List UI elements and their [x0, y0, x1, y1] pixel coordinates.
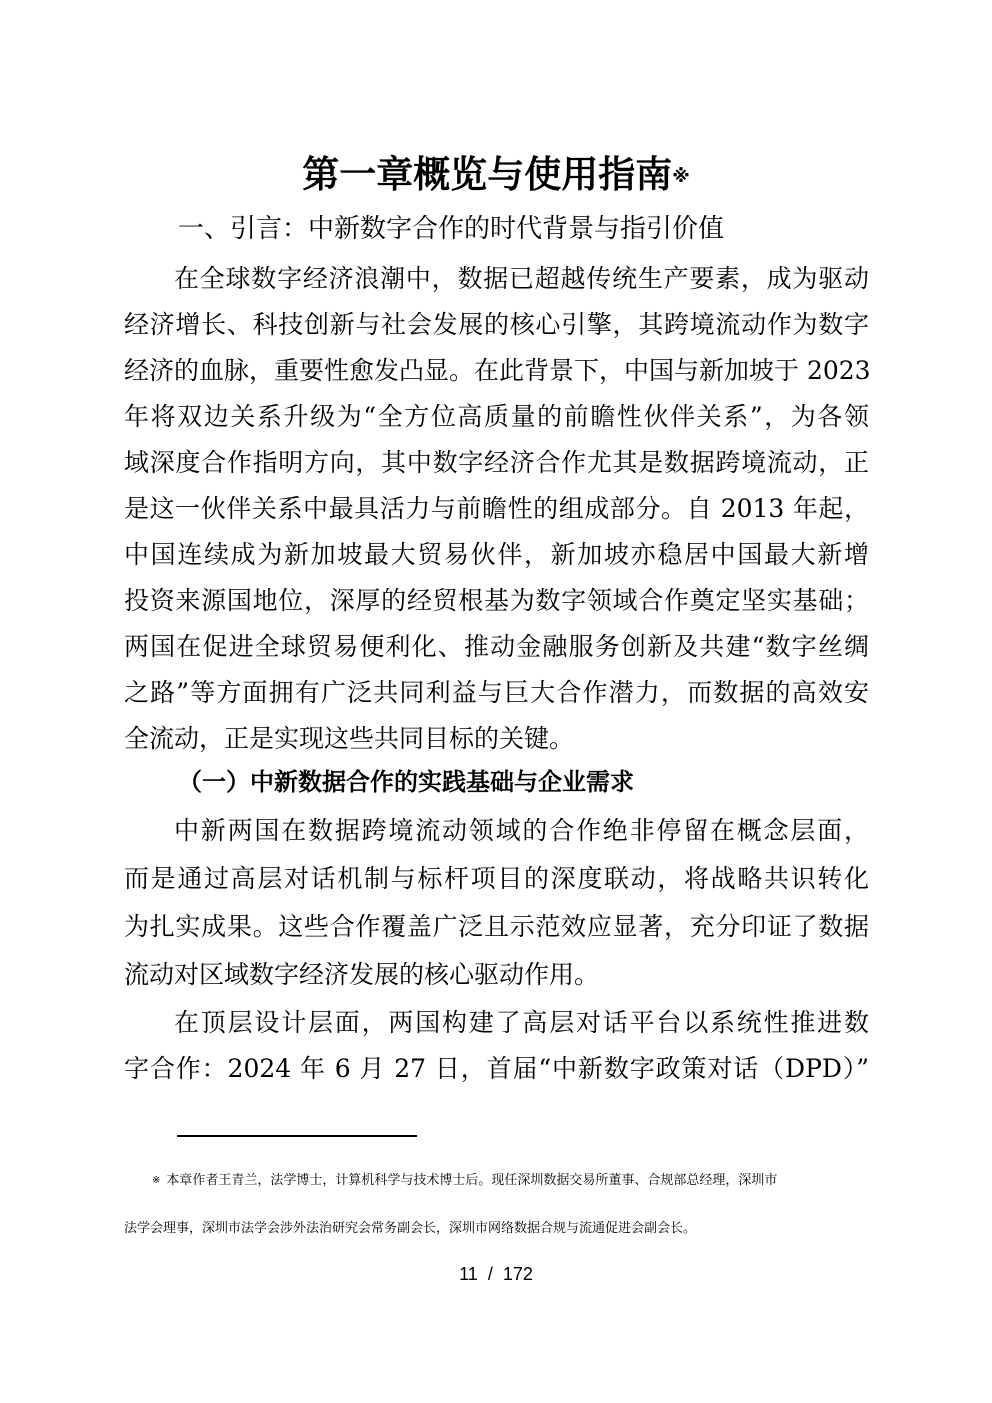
- subsection-heading: （一）中新数据合作的实践基础与企业需求: [178, 762, 878, 802]
- paragraph-line: 是这一伙伴关系中最具活力与前瞻性的组成部分。自 2013 年起，: [124, 486, 869, 532]
- paragraph-line: 中国连续成为新加坡最大贸易伙伴，新加坡亦稳居中国最大新增: [124, 532, 869, 578]
- paragraph-line: 投资来源国地位，深厚的经贸根基为数字领域合作奠定坚实基础；: [124, 578, 869, 624]
- footnote-text: 本章作者王青兰，法学博士，计算机科学与技术博士后。现任深圳数据交易所董事、合规部…: [166, 1173, 777, 1188]
- paragraph-line: 为扎实成果。这些合作覆盖广泛且示范效应显著，充分印证了数据: [124, 904, 869, 950]
- paragraph-line: 经济的血脉，重要性愈发凸显。在此背景下，中国与新加坡于 2023: [124, 348, 869, 394]
- footnote-reference-mark[interactable]: ※: [672, 166, 690, 187]
- paragraph-line: 域深度合作指明方向，其中数字经济合作尤其是数据跨境流动，正: [124, 440, 869, 486]
- footnote-separator: [177, 1135, 417, 1137]
- paragraph-line: 经济增长、科技创新与社会发展的核心引擎，其跨境流动作为数字: [124, 302, 869, 348]
- paragraph-line: 而是通过高层对话机制与标杆项目的深度联动，将战略共识转化: [124, 856, 869, 902]
- paragraph-line: 在全球数字经济浪潮中，数据已超越传统生产要素，成为驱动: [174, 256, 869, 302]
- page-number: 11 / 172: [0, 1262, 992, 1286]
- paragraph-line: 流动对区域数字经济发展的核心驱动作用。: [124, 952, 869, 998]
- section-heading: 一、引言：中新数字合作的时代背景与指引价值: [178, 209, 878, 249]
- chapter-title: 第一章概览与使用指南※: [0, 150, 992, 200]
- paragraph-line: 年将双边关系升级为“全方位高质量的前瞻性伙伴关系”，为各领: [124, 394, 869, 440]
- paragraph-line: 之路”等方面拥有广泛共同利益与巨大合作潜力，而数据的高效安: [124, 670, 869, 716]
- paragraph-line: 中新两国在数据跨境流动领域的合作绝非停留在概念层面，: [174, 808, 869, 854]
- paragraph-line: 两国在促进全球贸易便利化、推动金融服务创新及共建“数字丝绸: [124, 624, 869, 670]
- chapter-title-text: 第一章概览与使用指南: [302, 153, 672, 196]
- footnote-line: 法学会理事，深圳市法学会涉外法治研究会常务副会长，深圳市网络数据合规与流通促进会…: [124, 1219, 696, 1239]
- document-page: 第一章概览与使用指南※ 一、引言：中新数字合作的时代背景与指引价值 在全球数字经…: [0, 0, 992, 1403]
- paragraph-line: 全流动，正是实现这些共同目标的关键。: [124, 716, 869, 762]
- paragraph-line: 在顶层设计层面，两国构建了高层对话平台以系统性推进数: [174, 1000, 869, 1046]
- paragraph-line: 字合作：2024 年 6 月 27 日，首届“中新数字政策对话（DPD）”: [124, 1046, 869, 1092]
- footnote-mark: ※: [152, 1175, 160, 1186]
- footnote-line: ※本章作者王青兰，法学博士，计算机科学与技术博士后。现任深圳数据交易所董事、合规…: [152, 1171, 777, 1191]
